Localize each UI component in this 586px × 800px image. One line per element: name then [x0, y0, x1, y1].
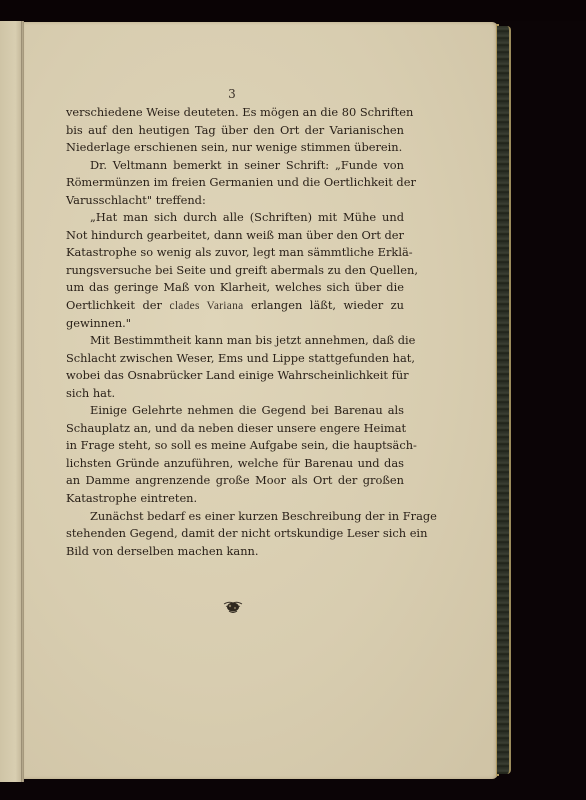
text-line-with-latin: Oertlichkeit der clades Variana erlangen… [66, 297, 404, 315]
text-line: Varusschlacht" treffend: [66, 192, 404, 210]
text-line: lichsten Gründe anzuführen, welche für B… [66, 455, 404, 473]
body-text: verschiedene Weise deuteten. Es mögen an… [66, 104, 404, 560]
text-line: stehenden Gegend, damit der nicht ortsku… [66, 525, 404, 543]
text-line: Bild von derselben machen kann. [66, 543, 404, 561]
text-line: Schauplatz an, und da neben dieser unser… [66, 420, 404, 438]
text-line: bis auf den heutigen Tag über den Ort de… [66, 122, 404, 140]
text-line: Römermünzen im freien Germanien und die … [66, 174, 404, 192]
text-line: Katastrophe eintreten. [66, 490, 404, 508]
text-line: „Hat man sich durch alle (Schriften) mit… [66, 209, 404, 227]
text-line: Not hindurch gearbeitet, dann weiß man ü… [66, 227, 404, 245]
text-line: Einige Gelehrte nehmen die Gegend bei Ba… [66, 402, 404, 420]
text-line: Schlacht zwischen Weser, Ems und Lippe s… [66, 350, 404, 368]
fleuron-ornament-icon [221, 598, 245, 614]
book-binding [497, 26, 511, 774]
text-line: um das geringe Maß von Klarheit, welches… [66, 279, 404, 297]
scan-background-top [0, 0, 586, 21]
text-fragment: Oertlichkeit der [66, 298, 169, 312]
text-line: Katastrophe so wenig als zuvor, legt man… [66, 244, 404, 262]
text-line: Niederlage erschienen sein, nur wenige s… [66, 139, 404, 157]
text-line: Zunächst bedarf es einer kurzen Beschrei… [66, 508, 404, 526]
text-line: gewinnen." [66, 315, 404, 333]
text-line: wobei das Osnabrücker Land einige Wahrsc… [66, 367, 404, 385]
text-line: rungsversuche bei Seite und greift aberm… [66, 262, 404, 280]
text-line: Mit Bestimmtheit kann man bis jetzt anne… [66, 332, 404, 350]
text-fragment: erlangen läßt, wieder zu [243, 298, 404, 312]
text-line: in Frage steht, so soll es meine Aufgabe… [66, 437, 404, 455]
facing-page-edge [0, 21, 22, 782]
page-number: 3 [222, 87, 242, 101]
text-line: Dr. Veltmann bemerkt in seiner Schrift: … [66, 157, 404, 175]
text-line: an Damme angrenzende große Moor als Ort … [66, 472, 404, 490]
text-line: sich hat. [66, 385, 404, 403]
latin-phrase: clades Variana [169, 300, 243, 312]
text-line: verschiedene Weise deuteten. Es mögen an… [66, 104, 404, 122]
